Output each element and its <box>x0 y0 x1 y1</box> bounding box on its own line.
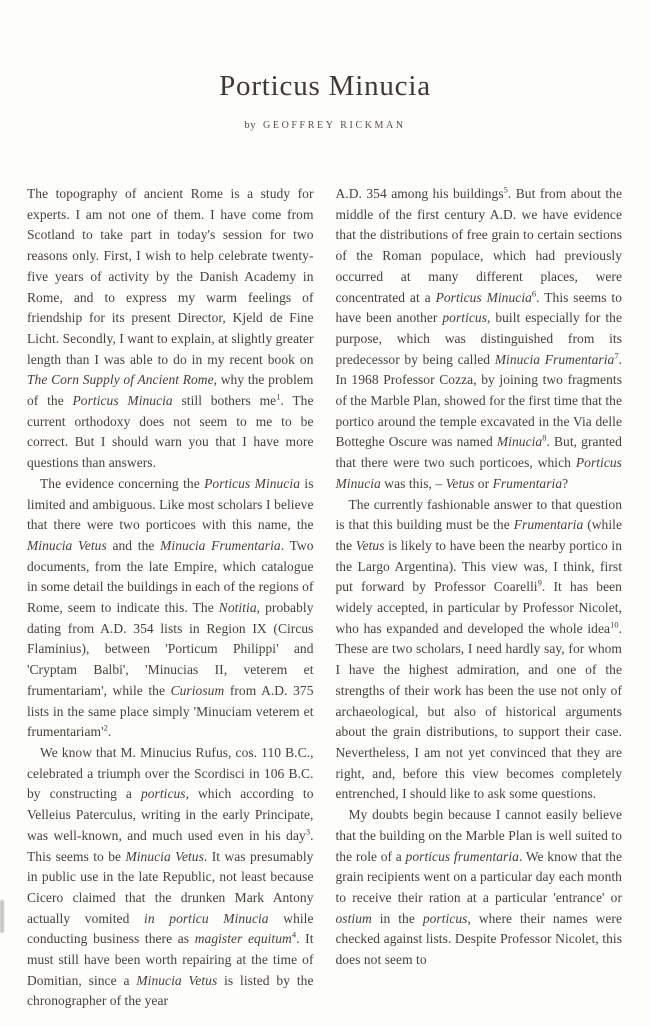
footnote-marker: 10 <box>610 619 619 629</box>
text-segment: Porticus Minucia <box>73 393 173 408</box>
paragraph: The currently fashionable answer to that… <box>336 495 623 806</box>
text-segment: Minucia Vetus <box>27 538 107 553</box>
paragraph: My doubts begin because I cannot easily … <box>336 805 623 971</box>
right-column: A.D. 354 among his buildings5. But from … <box>336 184 623 1012</box>
byline-author: GEOFFREY RICKMAN <box>263 120 406 131</box>
text-segment: A.D. 354 among his buildings <box>336 186 504 201</box>
text-segment: Frumentaria <box>514 517 584 532</box>
text-segment: Porticus Minucia <box>436 290 532 305</box>
text-segment: . But from about the middle of the first… <box>336 186 623 305</box>
text-segment: porticus <box>423 911 468 926</box>
paragraph: We know that M. Minucius Rufus, cos. 110… <box>27 743 314 1012</box>
text-segment: Minucia <box>497 434 542 449</box>
text-segment: in the <box>372 911 423 926</box>
page-title: Porticus Minucia <box>0 70 650 103</box>
text-segment: Porticus Minucia <box>204 476 300 491</box>
text-segment: Minucia Vetus <box>125 849 203 864</box>
paragraph: A.D. 354 among his buildings5. But from … <box>336 184 623 495</box>
text-segment: Vetus <box>356 538 385 553</box>
text-segment: Minucia Frumentaria <box>160 538 281 553</box>
text-segment: The Corn Supply of Ancient Rome <box>27 372 214 387</box>
left-column: The topography of ancient Rome is a stud… <box>27 184 314 1012</box>
text-segment: Curiosum <box>171 683 225 698</box>
text-segment: porticus <box>141 786 186 801</box>
article-header: Porticus Minucia by GEOFFREY RICKMAN <box>0 70 650 131</box>
text-segment: porticus frumentaria <box>406 849 519 864</box>
two-column-text-block: The topography of ancient Rome is a stud… <box>27 184 622 1012</box>
text-segment: or <box>474 476 492 491</box>
text-segment: Minucia Vetus <box>136 973 217 988</box>
text-segment: porticus <box>442 310 487 325</box>
paragraph: The evidence concerning the Porticus Min… <box>27 474 314 743</box>
text-segment: The topography of ancient Rome is a stud… <box>27 186 314 367</box>
byline: by GEOFFREY RICKMAN <box>0 119 650 131</box>
text-segment: Frumentaria <box>493 476 563 491</box>
text-segment: in porticu Minucia <box>144 911 269 926</box>
text-segment: was this, – <box>381 476 446 491</box>
text-segment: . These are two scholars, I need hardly … <box>336 621 623 802</box>
text-segment: Notitia <box>219 600 257 615</box>
text-segment: Minucia Frumentaria <box>495 352 615 367</box>
text-segment: magister equitum <box>195 931 292 946</box>
text-segment: . <box>108 724 111 739</box>
paragraph: The topography of ancient Rome is a stud… <box>27 184 314 474</box>
text-segment: Vetus <box>446 476 475 491</box>
text-segment: still bothers me <box>173 393 276 408</box>
scanned-article-page: Porticus Minucia by GEOFFREY RICKMAN The… <box>0 0 650 1027</box>
text-segment: and the <box>107 538 160 553</box>
text-segment: ostium <box>336 911 372 926</box>
text-segment: ? <box>562 476 568 491</box>
byline-prefix: by <box>244 119 256 131</box>
text-segment: The evidence concerning the <box>40 476 204 491</box>
scan-artifact-mark <box>0 900 4 933</box>
